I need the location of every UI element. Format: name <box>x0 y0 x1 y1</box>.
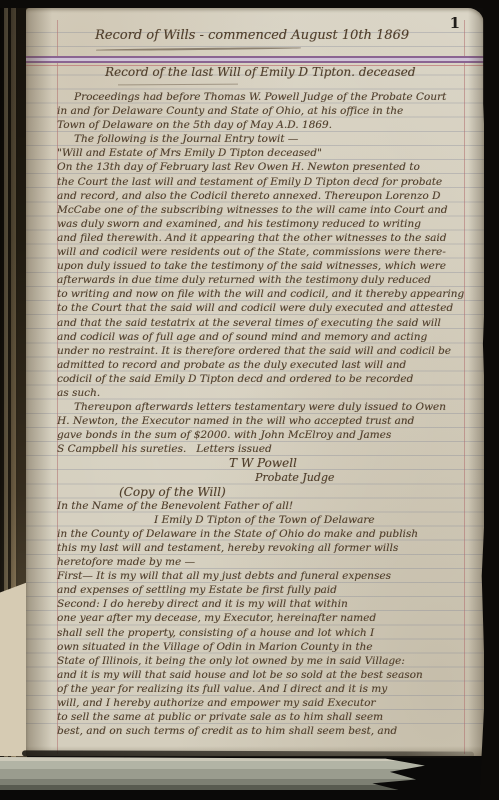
manuscript-line: McCabe one of the subscribing witnesses … <box>57 203 479 217</box>
manuscript-line: Thereupon afterwards letters testamentar… <box>57 400 479 414</box>
page-bottom-edge-shadow <box>22 750 474 757</box>
manuscript-line: State of Illinois, it being the only lot… <box>57 654 479 668</box>
top-background <box>0 0 499 8</box>
manuscript-line: and filed therewith. And it appearing th… <box>57 231 479 245</box>
manuscript-line: will, and I hereby authorize and empower… <box>57 696 479 710</box>
manuscript-line: On the 13th day of February last Rev Owe… <box>57 160 479 174</box>
manuscript-line: to sell the same at public or private sa… <box>57 710 479 724</box>
manuscript-line: to writing and now on file with the will… <box>57 287 479 301</box>
manuscript-line: and that the said testatrix at the sever… <box>57 316 479 330</box>
manuscript-line: admitted to record and probate as the du… <box>57 358 479 372</box>
scanned-ledger-photo: 1 Record of Wills - commenced August 10t… <box>0 0 499 800</box>
page-stack-edge <box>0 757 438 790</box>
ledger-page: 1 Record of Wills - commenced August 10t… <box>26 8 484 756</box>
manuscript-line: codicil of the said Emily D Tipton decd … <box>57 372 479 386</box>
manuscript-line: "Will and Estate of Mrs Emily D Tipton d… <box>57 146 479 160</box>
manuscript-line: and record, and also the Codicil thereto… <box>57 189 479 203</box>
manuscript-line: Second: I do hereby direct and it is my … <box>57 597 479 611</box>
manuscript-line: Proceedings had before Thomas W. Powell … <box>57 90 479 104</box>
manuscript-line: afterwards in due time duly returned wit… <box>57 273 479 287</box>
gutter-shadow <box>26 8 52 756</box>
will-record-title: Record of the last Will of Emily D Tipto… <box>105 65 415 79</box>
page-right-shading <box>468 8 484 756</box>
manuscript-line: to the Court that the said will and codi… <box>57 301 479 315</box>
manuscript-line: First— It is my will that all my just de… <box>57 569 479 583</box>
manuscript-line: gave bonds in the sum of $2000. with Joh… <box>57 428 479 442</box>
manuscript-line: Probate Judge <box>57 471 479 485</box>
manuscript-line: this my last will and testament, hereby … <box>57 541 479 555</box>
manuscript-line: as such. <box>57 386 479 400</box>
manuscript-line: best, and on such terms of credit as to … <box>57 724 479 738</box>
manuscript-line: (Copy of the Will) <box>57 485 479 499</box>
manuscript-line: T W Powell <box>57 456 479 470</box>
manuscript-line: H. Newton, the Executor named in the wil… <box>57 414 479 428</box>
manuscript-line: was duly sworn and examined, and his tes… <box>57 217 479 231</box>
manuscript-line: I Emily D Tipton of the Town of Delaware <box>57 513 479 527</box>
manuscript-line: own situated in the Village of Odin in M… <box>57 640 479 654</box>
manuscript-line: and it is my will that said house and lo… <box>57 668 479 682</box>
manuscript-line: in and for Delaware County and State of … <box>57 104 479 118</box>
ledger-header-title: Record of Wills - commenced August 10th … <box>95 28 409 43</box>
manuscript-line: will and codicil were residents out of t… <box>57 245 479 259</box>
manuscript-line: and expenses of settling my Estate be fi… <box>57 583 479 597</box>
manuscript-line: In the Name of the Benevolent Father of … <box>57 499 479 513</box>
manuscript-line: of the year for realizing its full value… <box>57 682 479 696</box>
manuscript-line: The following is the Journal Entry towit… <box>57 132 479 146</box>
page-number: 1 <box>450 14 460 32</box>
manuscript-line: and codicil was of full age and of sound… <box>57 330 479 344</box>
manuscript-line: one year after my decease, my Executor, … <box>57 611 479 625</box>
manuscript-line: the Court the last will and testament of… <box>57 175 479 189</box>
manuscript-line: Town of Delaware on the 5th day of May A… <box>57 118 479 132</box>
manuscript-line: heretofore made by me — <box>57 555 479 569</box>
manuscript-line: under no restraint. It is therefore orde… <box>57 344 479 358</box>
manuscript-line: in the County of Delaware in the State o… <box>57 527 479 541</box>
head-rule-double <box>26 56 484 63</box>
manuscript-line: shall sell the property, consisting of a… <box>57 626 479 640</box>
manuscript-line: S Campbell his sureties. Letters issued <box>57 442 479 456</box>
manuscript-lines: Proceedings had before Thomas W. Powell … <box>57 90 479 738</box>
manuscript-line: upon duly issued to take the testimony o… <box>57 259 479 273</box>
